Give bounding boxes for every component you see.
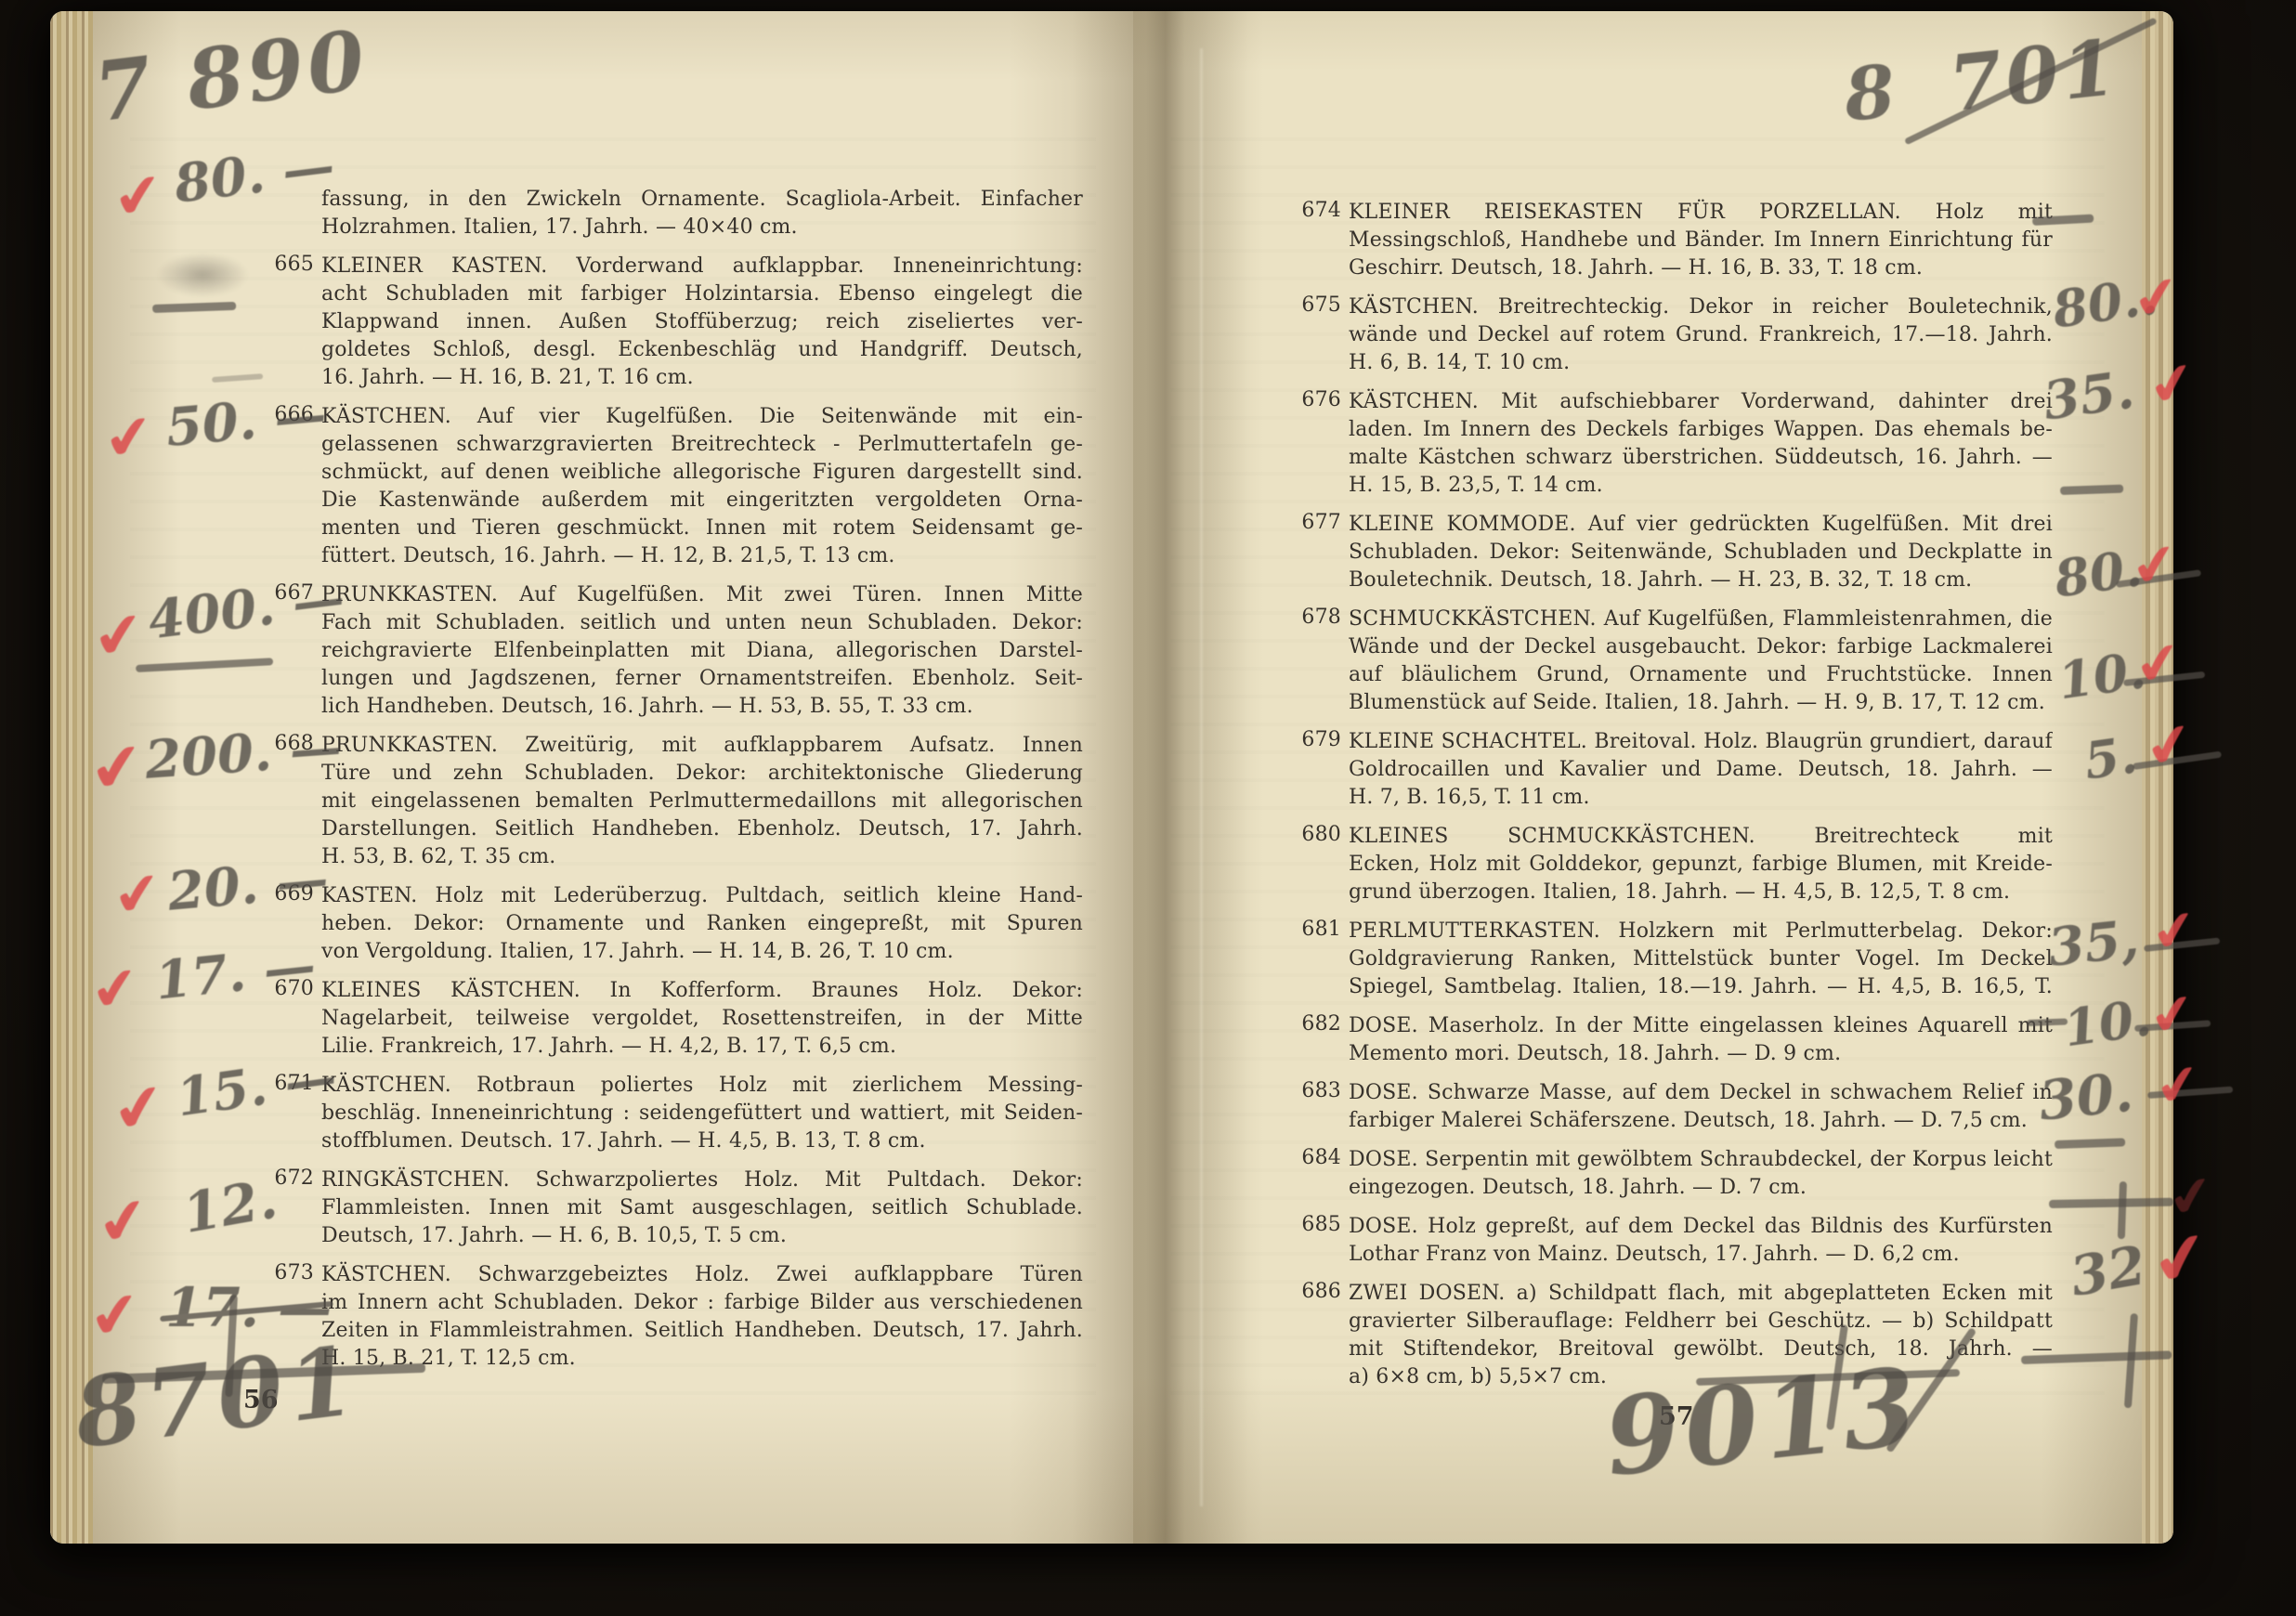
entry-line: laden. Im Innern des Deckels farbiges Wa… — [1349, 416, 2053, 444]
price-note-682-text: 10. — [2060, 987, 2155, 1058]
entry-line: Schubladen. Dekor: Seitenwände, Schublad… — [1349, 539, 2053, 567]
red-checkmark-icon: ✔ — [93, 1187, 154, 1257]
red-checkmark-icon: ✔ — [2131, 632, 2186, 696]
entry-line: Goldrocaillen und Kavalier und Dame. Deu… — [1349, 756, 2053, 784]
entry-line: Geschirr. Deutsch, 18. Jahrh. — H. 16, B… — [1349, 254, 2053, 282]
entry-line: H. 15, B. 21, T. 12,5 cm. — [321, 1345, 1083, 1373]
entry-line: beschläg. Inneneinrichtung : seidengefüt… — [321, 1100, 1083, 1127]
entry-line: Lilie. Frankreich, 17. Jahrh. — H. 4,2, … — [321, 1033, 1083, 1061]
entry-line: ZWEI DOSEN. a) Schildpatt flach, mit abg… — [1349, 1280, 2053, 1308]
catalog-entry-680: 680KLEINES SCHMUCKKÄSTCHEN. Breitrechtec… — [1349, 823, 2053, 906]
red-checkmark-icon: ✔ — [110, 164, 167, 230]
entry-line: KÄSTCHEN. Auf vier Kugelfüßen. Die Seite… — [321, 403, 1083, 431]
entry-line: PRUNKKASTEN. Auf Kugelfüßen. Mit zwei Tü… — [321, 581, 1083, 609]
entry-line: Messingschloß, Handhebe und Bänder. Im I… — [1349, 227, 2053, 254]
entry-line: Wände und der Deckel ausgebaucht. Dekor:… — [1349, 633, 2053, 661]
lot-number: 683 — [1297, 1079, 1341, 1102]
red-checkmark-icon: ✔ — [89, 602, 149, 670]
entry-line: KLEINES KÄSTCHEN. In Kofferform. Braunes… — [321, 977, 1083, 1005]
entry-line: auf bläulichem Grund, Ornamente und Fruc… — [1349, 661, 2053, 689]
entry-line: eingezogen. Deutsch, 18. Jahrh. — D. 7 c… — [1349, 1174, 2053, 1202]
catalog-entry-679: 679KLEINE SCHACHTEL. Breitoval. Holz. Bl… — [1349, 728, 2053, 812]
entry-line: heben. Dekor: Ornamente und Ranken einge… — [321, 910, 1083, 938]
entry-line: KLEINE KOMMODE. Auf vier gedrückten Kuge… — [1349, 511, 2053, 539]
continuation-line: fassung, in den Zwickeln Ornamente. Scag… — [321, 186, 1083, 214]
entry-line: stoffblumen. Deutsch. 17. Jahrh. — H. 4,… — [321, 1127, 1083, 1155]
lot-number: 685 — [1297, 1213, 1341, 1236]
entry-line: PRUNKKASTEN. Zweitürig, mit aufklappbare… — [321, 732, 1083, 760]
catalog-entry-672: 672RINGKÄSTCHEN. Schwarzpoliertes Holz. … — [321, 1166, 1083, 1250]
red-checkmark-icon: ✔ — [2146, 984, 2199, 1046]
entry-line: KLEINES SCHMUCKKÄSTCHEN. Breitrechteck m… — [1349, 823, 2053, 851]
entry-line: Lothar Franz von Mainz. Deutsch, 17. Jah… — [1349, 1241, 2053, 1269]
catalog-entry-685: 685DOSE. Holz gepreßt, auf dem Deckel da… — [1349, 1213, 2053, 1269]
catalog-entry-665: 665KLEINER KASTEN. Vorderwand aufklappba… — [321, 253, 1083, 392]
price-note-680-text: 5. — [2081, 724, 2141, 790]
catalog-entry-668: 668PRUNKKASTEN. Zweitürig, mit aufklappb… — [321, 732, 1083, 871]
auction-catalog-scan: fassung, in den Zwickeln Ornamente. Scag… — [0, 0, 2296, 1616]
entry-line: DOSE. Holz gepreßt, auf dem Deckel das B… — [1349, 1213, 2053, 1241]
lot-number: 665 — [269, 253, 314, 276]
continuation-line: Holzrahmen. Italien, 17. Jahrh. — 40×40 … — [321, 214, 1083, 241]
entry-line: KLEINER REISEKASTEN FÜR PORZELLAN. Holz … — [1349, 199, 2053, 227]
entry-line: Ecken, Holz mit Golddekor, gepunzt, farb… — [1349, 851, 2053, 879]
entry-line: DOSE. Serpentin mit gewölbtem Schraubdec… — [1349, 1146, 2053, 1174]
lot-number: 684 — [1297, 1146, 1341, 1169]
entry-line: Fach mit Schubladen. seitlich und unten … — [321, 609, 1083, 637]
red-checkmark-icon: ✔ — [2127, 534, 2183, 597]
price-note-676-text: 35. — [2040, 358, 2138, 432]
entry-line: farbiger Malerei Schäferszene. Deutsch, … — [1349, 1107, 2053, 1135]
red-checkmark-icon: ✔ — [2147, 901, 2201, 962]
entry-line: KLEINE SCHACHTEL. Breitoval. Holz. Blaug… — [1349, 728, 2053, 756]
entry-line: H. 53, B. 62, T. 35 cm. — [321, 843, 1083, 871]
entry-line: Die Kastenwände außerdem mit eingeritzte… — [321, 487, 1083, 515]
lot-number: 672 — [269, 1166, 314, 1190]
lot-number: 676 — [1297, 388, 1341, 411]
catalog-entry-671: 671KÄSTCHEN. Rotbraun poliertes Holz mit… — [321, 1072, 1083, 1155]
entry-line: KÄSTCHEN. Schwarzgebeiztes Holz. Zwei au… — [321, 1261, 1083, 1289]
entry-line: Blumenstück auf Seide. Italien, 18. Jahr… — [1349, 689, 2053, 717]
catalog-entry-674: 674KLEINER REISEKASTEN FÜR PORZELLAN. Ho… — [1349, 199, 2053, 282]
red-checkmark-icon: ✔ — [85, 732, 149, 803]
entry-line: DOSE. Schwarze Masse, auf dem Deckel in … — [1349, 1079, 2053, 1107]
entry-line: Memento mori. Deutsch, 18. Jahrh. — D. 9… — [1349, 1040, 2053, 1068]
entry-line: wände und Deckel auf rotem Grund. Frankr… — [1349, 321, 2053, 349]
catalog-entry-677: 677KLEINE KOMMODE. Auf vier gedrückten K… — [1349, 511, 2053, 594]
catalog-entry-678: 678SCHMUCKKÄSTCHEN. Auf Kugelfüßen, Flam… — [1349, 606, 2053, 717]
entry-line: H. 6, B. 14, T. 10 cm. — [1349, 349, 2053, 377]
entry-line: von Vergoldung. Italien, 17. Jahrh. — H.… — [321, 938, 1083, 966]
entry-line: Türe und zehn Schubladen. Dekor: archite… — [321, 760, 1083, 788]
catalog-entry-676: 676KÄSTCHEN. Mit aufschiebbarer Vorderwa… — [1349, 388, 2053, 500]
entry-line: im Innern acht Schubladen. Dekor : farbi… — [321, 1289, 1083, 1317]
lot-number: 674 — [1297, 199, 1341, 222]
price-note-686-text: 32 — [2066, 1233, 2150, 1309]
entry-line: Flammleisten. Innen mit Samt ausgeschlag… — [321, 1194, 1083, 1222]
entry-line: Bouletechnik. Deutsch, 18. Jahrh. — H. 2… — [1349, 567, 2053, 594]
entry-line: KASTEN. Holz mit Lederüberzug. Pultdach,… — [321, 882, 1083, 910]
catalog-entry-681: 681PERLMUTTERKASTEN. Holzkern mit Perlmu… — [1349, 918, 2053, 1001]
entry-line: acht Schubladen mit farbiger Holzintarsi… — [321, 280, 1083, 308]
entry-line: DOSE. Maserholz. In der Mitte eingelasse… — [1349, 1012, 2053, 1040]
lot-number: 675 — [1297, 293, 1341, 317]
catalog-entry-682: 682DOSE. Maserholz. In der Mitte eingela… — [1349, 1012, 2053, 1068]
entry-line: Klappwand innen. Außen Stoffüberzug; rei… — [321, 308, 1083, 336]
catalog-entry-669: 669KASTEN. Holz mit Lederüberzug. Pultda… — [321, 882, 1083, 966]
catalog-entry-675: 675KÄSTCHEN. Breitrechteckig. Dekor in r… — [1349, 293, 2053, 377]
entry-line: H. 7, B. 16,5, T. 11 cm. — [1349, 784, 2053, 812]
price-note-681-text: 35, — [2045, 908, 2142, 979]
catalog-entry-673: 673KÄSTCHEN. Schwarzgebeiztes Holz. Zwei… — [321, 1261, 1083, 1373]
lot-number: 681 — [1297, 918, 1341, 941]
lot-number: 677 — [1297, 511, 1341, 534]
lot-number: 679 — [1297, 728, 1341, 751]
price-note-683-text: 30. — [2036, 1060, 2135, 1132]
entry-line: KÄSTCHEN. Breitrechteckig. Dekor in reic… — [1349, 293, 2053, 321]
page-stack-edge-left — [50, 11, 93, 1544]
entry-line: füttert. Deutsch, 16. Jahrh. — H. 12, B.… — [321, 542, 1083, 570]
lot-number: 686 — [1297, 1280, 1341, 1303]
entry-line: Spiegel, Samtbelag. Italien, 18.—19. Jah… — [1349, 973, 2053, 1001]
tally-top-right-text: 8 — [1841, 49, 1898, 137]
entry-line: menten und Tieren geschmückt. Innen mit … — [321, 515, 1083, 542]
catalog-entry-667: 667PRUNKKASTEN. Auf Kugelfüßen. Mit zwei… — [321, 581, 1083, 721]
entry-line: goldetes Schloß, desgl. Eckenbeschläg un… — [321, 336, 1083, 364]
red-checkmark-icon: ✔ — [85, 1282, 145, 1349]
entry-line: KÄSTCHEN. Mit aufschiebbarer Vorderwand,… — [1349, 388, 2053, 416]
catalog-column-right: 674KLEINER REISEKASTEN FÜR PORZELLAN. Ho… — [1349, 188, 2053, 1391]
entry-line: grund überzogen. Italien, 18. Jahrh. — H… — [1349, 879, 2053, 906]
entry-line: mit eingelassenen bemalten Perlmuttermed… — [321, 788, 1083, 815]
entry-line: reichgravierte Elfenbeinplatten mit Dian… — [321, 637, 1083, 665]
entry-line: schmückt, auf denen weibliche allegorisc… — [321, 459, 1083, 487]
price-note-665-blob — [156, 253, 249, 297]
entry-line: KLEINER KASTEN. Vorderwand aufklappbar. … — [321, 253, 1083, 280]
entry-line: PERLMUTTERKASTEN. Holzkern mit Perlmutte… — [1349, 918, 2053, 945]
entry-line: gelassenen schwarzgravierten Breitrechte… — [321, 431, 1083, 459]
red-checkmark-icon: ✔ — [100, 406, 158, 472]
red-checkmark-icon: ✔ — [108, 1074, 171, 1145]
entry-line: RINGKÄSTCHEN. Schwarzpoliertes Holz. Mit… — [321, 1166, 1083, 1194]
entry-line: lich Handheben. Deutsch, 16. Jahrh. — H.… — [321, 693, 1083, 721]
red-checkmark-icon: ✔ — [87, 958, 143, 1022]
entry-line: Darstellungen. Seitlich Handheben. Ebenh… — [321, 815, 1083, 843]
entry-line: 16. Jahrh. — H. 16, B. 21, T. 16 cm. — [321, 364, 1083, 392]
entry-line: SCHMUCKKÄSTCHEN. Auf Kugelfüßen, Flammle… — [1349, 606, 2053, 633]
catalog-column-left: fassung, in den Zwickeln Ornamente. Scag… — [321, 186, 1083, 1373]
catalog-entry-683: 683DOSE. Schwarze Masse, auf dem Deckel … — [1349, 1079, 2053, 1135]
entry-line: malte Kästchen schwarz überstrichen. Süd… — [1349, 444, 2053, 472]
entry-line: gravierter Silberauflage: Feldherr bei G… — [1349, 1308, 2053, 1336]
catalog-entry-684: 684DOSE. Serpentin mit gewölbtem Schraub… — [1349, 1146, 2053, 1202]
entry-line: Nagelarbeit, teilweise vergoldet, Rosett… — [321, 1005, 1083, 1033]
lot-number: 682 — [1297, 1012, 1341, 1036]
entry-line: Goldgravierung Ranken, Mittelstück bunte… — [1349, 945, 2053, 973]
entry-line: lungen und Jagdszenen, ferner Ornamentst… — [321, 665, 1083, 693]
entry-line: H. 15, B. 23,5, T. 14 cm. — [1349, 472, 2053, 500]
red-checkmark-icon: ✔ — [2151, 1055, 2205, 1116]
red-checkmark-icon: ✔ — [2129, 267, 2185, 330]
entry-line: Deutsch, 17. Jahrh. — H. 6, B. 10,5, T. … — [321, 1222, 1083, 1250]
catalog-entry-666: 666KÄSTCHEN. Auf vier Kugelfüßen. Die Se… — [321, 403, 1083, 570]
red-checkmark-icon: ✔ — [110, 863, 165, 927]
entry-line: KÄSTCHEN. Rotbraun poliertes Holz mit zi… — [321, 1072, 1083, 1100]
catalog-entry-670: 670KLEINES KÄSTCHEN. In Kofferform. Brau… — [321, 977, 1083, 1061]
lot-number: 678 — [1297, 606, 1341, 629]
lot-number: 680 — [1297, 823, 1341, 846]
entry-line: Zeiten in Flammleistrahmen. Seitlich Han… — [321, 1317, 1083, 1345]
